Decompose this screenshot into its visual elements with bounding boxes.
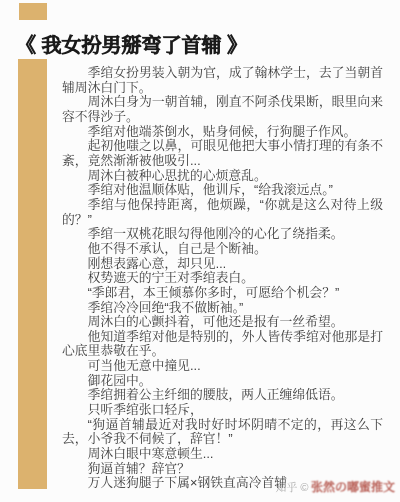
story-paragraph: 季绾冷冷回绝“我不做断袖。” [62,301,383,316]
story-paragraph: 周沐白身为一朝首辅，刚直不阿杀伐果断，眼里向来容不得沙子。 [62,95,383,124]
story-paragraph: 他知道季绾对他是特别的，外人皆传季绾对他那是打心底里恭敬在乎。 [62,330,383,359]
story-paragraph: 可当他无意中撞见... [62,359,383,374]
story-paragraph: 周沐白的心颤抖着，可他还是报有一丝希望。 [62,315,383,330]
story-paragraph: 周沐白眼中寒意顿生... [62,447,383,462]
story-paragraph: “狗逼首辅最近对我时好时坏阴晴不定的，再这么下去，小爷我不伺候了，辞官！” [62,418,383,447]
story-paragraph: 季绾对他端茶倒水，贴身伺候，行狗腿子作风。 [62,125,383,140]
story-paragraph: 季绾一双桃花眼勾得他刚冷的心化了绕指柔。 [62,227,383,242]
story-paragraph: “季郎君，本王倾慕你多时，可愿给个机会？” [62,286,383,301]
story-paragraph: 狗逼首辅？辞官？ [62,462,383,477]
story-paragraph: 季绾女扮男装入朝为官，成了翰林学士，去了当朝首辅周沐白门下。 [62,66,383,95]
story-paragraph: 季绾拥着公主纤细的腰肢，两人正缠绵低语。 [62,388,383,403]
story-paragraph: 季绾对他温顺体贴，他训斥，“给我滚远点。” [62,183,383,198]
story-paragraph: 刚想表露心意，却只见... [62,257,383,272]
accent-left-bar [18,59,47,489]
zhihu-watermark-text: 知乎 © [275,482,308,494]
story-paragraph: 御花园中。 [62,374,383,389]
story-card: 《 我女扮男掰弯了首辅 》 季绾女扮男装入朝为官，成了翰林学士，去了当朝首辅周沐… [0,0,400,502]
story-paragraph: 权势遮天的宁王对季绾表白。 [62,271,383,286]
watermark-handle: 张然の嘟蜜推文 [311,480,395,494]
story-paragraph: 他不得不承认，自己是个断袖。 [62,242,383,257]
page-title: 《 我女扮男掰弯了首辅 》 [16,29,247,58]
accent-square [19,3,47,20]
story-text: 季绾女扮男装入朝为官，成了翰林学士，去了当朝首辅周沐白门下。周沐白身为一朝首辅，… [62,66,383,491]
story-paragraph: 只听季绾张口轻斥， [62,403,383,418]
story-paragraph: 季绾与他保持距离，他烦躁，“你就是这么对待上级的？” [62,198,383,227]
story-paragraph: 起初他嗤之以鼻，可眼见他把大事小情打理的有条不紊，竟然渐渐被他吸引... [62,139,383,168]
story-paragraph: 周沐白被种心思扰的心烦意乱。 [62,169,383,184]
watermark: 知乎 © 张然の嘟蜜推文 [275,480,395,495]
